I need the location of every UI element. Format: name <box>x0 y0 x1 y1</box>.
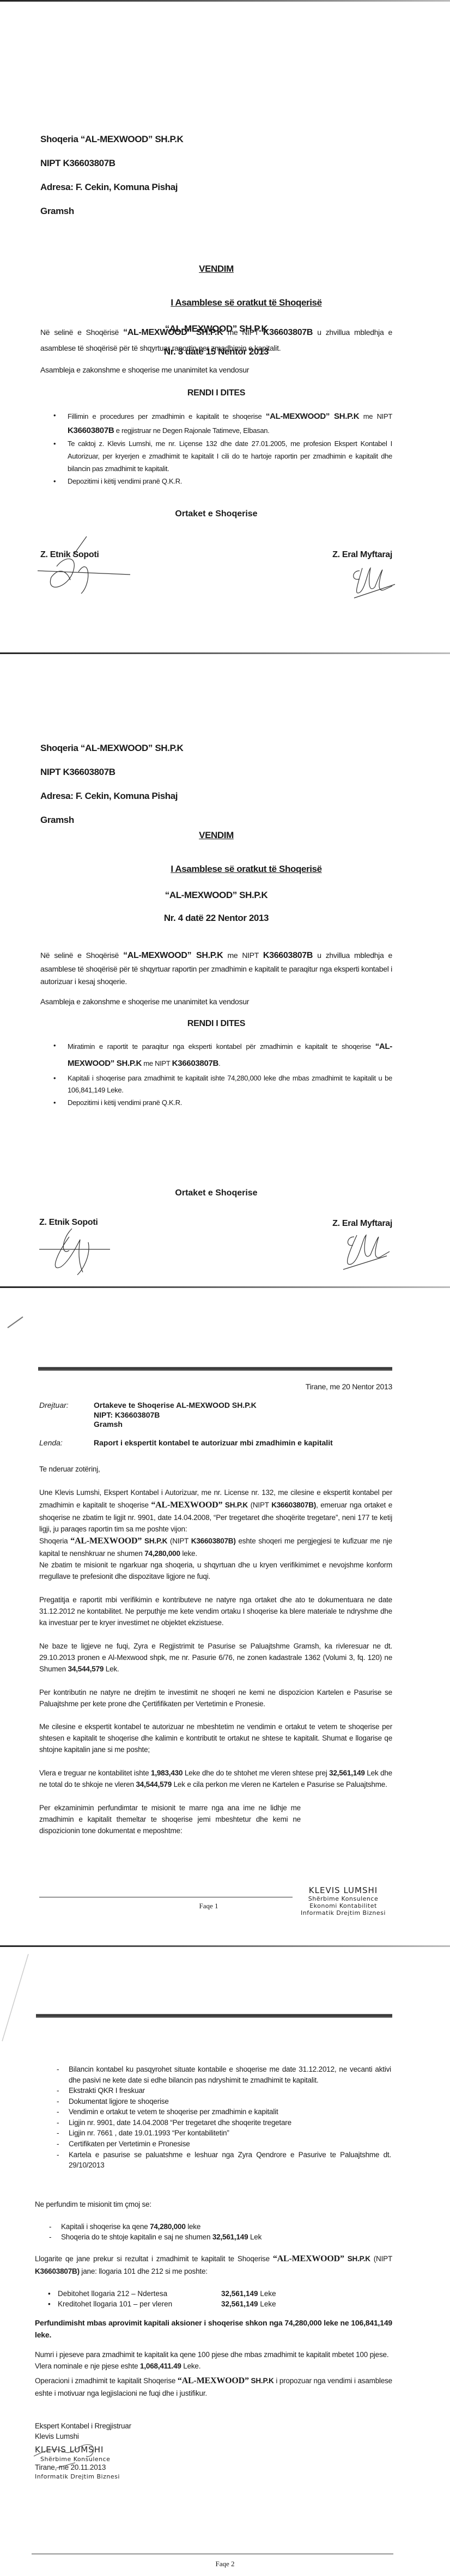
signature-right <box>338 1229 403 1272</box>
report-paragraph: Per kontributin ne natyre ne drejtim te … <box>39 1687 392 1710</box>
accountant-stamp: KLEVIS LUMSHI Shërbime Konsulence Ekonom… <box>289 1885 398 1917</box>
decision-heading: VENDIM <box>40 264 392 274</box>
document-item: Certifikaten per Vertetimin e Pronesise <box>57 2139 391 2150</box>
report-paragraph: Vlera e treguar ne kontabilitet ishte 1,… <box>39 1768 392 1791</box>
assembly-line: Asambleja e zakonshme e shoqerise me una… <box>40 364 392 376</box>
shares-paragraph: Numri i pjeseve para zmadhimit te kapita… <box>35 2349 392 2361</box>
company-nipt: NIPT K36603807B <box>40 767 392 778</box>
subject-text: Raport i ekspertit kontabel te autorizua… <box>94 1438 350 1448</box>
report-paragraph: Shoqeria “AL-MEXWOOD” SH.P.K (NIPT K3660… <box>39 1535 392 1583</box>
partner-right: Z. Eral Myftaraj <box>332 1219 392 1229</box>
decision-page-1: Shoqeria “AL-MEXWOOD” SH.P.K NIPT K36603… <box>0 0 450 637</box>
page-fold-mark <box>0 1949 33 2047</box>
agenda-list: Fillimin e procedures per zmadhimin e ka… <box>40 410 392 488</box>
company-address: Adresa: F. Cekin, Komuna Pishaj <box>40 182 392 193</box>
footer-rule <box>32 2554 393 2554</box>
scan-edge <box>0 652 450 654</box>
conclusion-list: Kapitali i shoqerise ka qene 74,280,000 … <box>35 2221 392 2243</box>
final-capital-statement: Perfundimisht mbas aprovimit kapitali ak… <box>35 2317 392 2341</box>
report-paragraph: Pregatitja e raportit mbi verifikimin e … <box>39 1595 392 1629</box>
document-item: Ligjin nr. 9901, date 14.04.2008 “Per tr… <box>57 2117 391 2128</box>
document-item: Kartela e pasurise se paluatshme e leshu… <box>57 2150 391 2171</box>
page-number: Faqe 2 <box>0 2560 450 2568</box>
accountant-stamp: KLEVIS LUMSHI Shërbime Konsulence Tirane… <box>35 2444 392 2480</box>
staple-mark <box>7 1315 28 1331</box>
company-nipt: NIPT K36603807B <box>40 158 392 169</box>
partner-right: Z. Eral Myftaraj <box>332 550 392 560</box>
decision-intro: Në selinë e Shoqërisë “AL-MEXWOOD” SH.P.… <box>40 325 392 356</box>
place-date: Tirane, me 20 Nentor 2013 <box>39 1382 392 1391</box>
nominal-value: Vlera nominale e nje pjese eshte 1,068,4… <box>35 2361 392 2372</box>
decision-heading: VENDIM <box>40 830 392 841</box>
agenda-item: Miratimin e raportit te paraqitur nga ek… <box>53 1038 392 1072</box>
salutation: Te nderuar zotërinj, <box>39 1464 392 1475</box>
recipient-line: Ortakeve te Shoqerise AL-MEXWOOD SH.P.K <box>94 1401 257 1411</box>
decision-subheading: I Asamblese së oratkut të Shoqerisë <box>40 297 392 308</box>
scan-edge <box>0 1286 450 1288</box>
decision-subheading: I Asamblese së oratkut të Shoqerisë <box>40 864 392 875</box>
accounts-paragraph: Llogarite qe jane prekur si rezultat i z… <box>35 2253 392 2278</box>
letterhead-rule <box>38 1367 392 1371</box>
company-name: Shoqeria “AL-MEXWOOD” SH.P.K <box>40 743 392 754</box>
report-page-1: Tirane, me 20 Nentor 2013 Drejtuar: Orta… <box>0 1275 450 1941</box>
letterhead-rule <box>36 2014 392 2018</box>
document-item: Ekstrakti QKR I freskuar <box>57 2085 391 2096</box>
agenda-item: Fillimin e procedures per zmadhimin e ka… <box>53 410 392 438</box>
conclusion-intro: Ne perfundim te misionit tim çmoj se: <box>35 2199 392 2211</box>
agenda-title: RENDI I DITES <box>40 387 392 400</box>
recipient-line: Gramsh <box>94 1420 257 1430</box>
report-paragraph: Per ekzaminimin perfundimtar te misionit… <box>39 1803 301 1837</box>
report-paragraph: Ne baze te ligjeve ne fuqi, Zyra e Regji… <box>39 1641 392 1675</box>
signature-right <box>343 560 409 603</box>
company-city: Gramsh <box>40 815 392 826</box>
signature-left <box>35 534 144 594</box>
accounting-entry: Kreditohet llogaria 101 – per vleren32,5… <box>48 2299 392 2310</box>
recipient-label: Drejtuar: <box>39 1401 94 1430</box>
company-city: Gramsh <box>40 206 392 217</box>
page-number: Faqe 1 <box>0 1902 434 1910</box>
signer-title: Ekspert Kontabel i Rregjistruar <box>35 2421 392 2432</box>
report-paragraph: Me cilesine e ekspertit kontabel te auto… <box>39 1722 392 1756</box>
operation-paragraph: Operacioni i zmadhimit te kapitalit Shoq… <box>35 2374 392 2400</box>
partner-left: Z. Etnik Sopoti <box>40 550 99 560</box>
decision-intro: Në selinë e Shoqërisë “AL-MEXWOOD” SH.P.… <box>40 949 392 988</box>
subject-block: Lenda: Raport i ekspertit kontabel te au… <box>39 1438 392 1448</box>
recipient-block: Drejtuar: Ortakeve te Shoqerise AL-MEXWO… <box>39 1401 392 1430</box>
scan-edge <box>0 1945 450 1947</box>
partner-left: Z. Etnik Sopoti <box>39 1218 98 1228</box>
document-item: Vendimin e ortakut te vetem te shoqerise… <box>57 2107 391 2117</box>
conclusion-item: Kapitali i shoqerise ka qene 74,280,000 … <box>49 2221 392 2232</box>
signature <box>32 2441 102 2468</box>
document-item: Bilancin kontabel ku pasqyrohet situate … <box>57 2064 391 2085</box>
decision-page-2: Shoqeria “AL-MEXWOOD” SH.P.K NIPT K36603… <box>0 637 450 1275</box>
documents-list: Bilancin kontabel ku pasqyrohet situate … <box>47 2064 391 2171</box>
company-address: Adresa: F. Cekin, Komuna Pishaj <box>40 791 392 802</box>
conclusion-item: Shoqeria do te shtoje kapitalin e saj ne… <box>49 2232 392 2243</box>
agenda-list: Miratimin e raportit te paraqitur nga ek… <box>40 1038 392 1109</box>
accounting-entries: Debitohet llogaria 212 – Ndertesa32,561,… <box>35 2288 392 2310</box>
agenda-item: Depozitimi i këtij vendimi pranë Q.K.R. <box>53 1097 392 1109</box>
document-item: Ligjin nr. 7661 , date 19.01.1993 “Per k… <box>57 2128 391 2139</box>
report-paragraph: Une Klevis Lumshi, Ekspert Kontabel i Au… <box>39 1487 392 1535</box>
document-item: Dokumentat ligjore te shoqerise <box>57 2096 391 2107</box>
company-name: Shoqeria “AL-MEXWOOD” SH.P.K <box>40 134 392 145</box>
subject-label: Lenda: <box>39 1438 94 1448</box>
decision-number-date: Nr. 4 datë 22 Nentor 2013 <box>40 913 392 924</box>
agenda-item: Depozitimi i këtij vendimi pranë Q.K.R. <box>53 475 392 488</box>
partners-title: Ortaket e Shoqerise <box>40 509 392 519</box>
report-page-2: Bilancin kontabel ku pasqyrohet situate … <box>0 1941 450 2576</box>
agenda-item: Te caktoj z. Klevis Lumshi, me nr. Liçen… <box>53 438 392 475</box>
recipient-line: NIPT: K36603807B <box>94 1411 257 1420</box>
decision-company: “AL-MEXWOOD” SH.P.K <box>40 890 392 901</box>
assembly-line: Asambleja e zakonshme e shoqerise me una… <box>40 996 392 1008</box>
agenda-title: RENDI I DITES <box>40 1017 392 1030</box>
accounting-entry: Debitohet llogaria 212 – Ndertesa32,561,… <box>48 2288 392 2299</box>
scan-edge <box>0 0 450 2</box>
partners-title: Ortaket e Shoqerise <box>40 1188 392 1198</box>
agenda-item: Kapitali i shoqerise para zmadhimit te k… <box>53 1072 392 1097</box>
footer-rule <box>39 1897 293 1897</box>
signature-left <box>39 1223 126 1275</box>
